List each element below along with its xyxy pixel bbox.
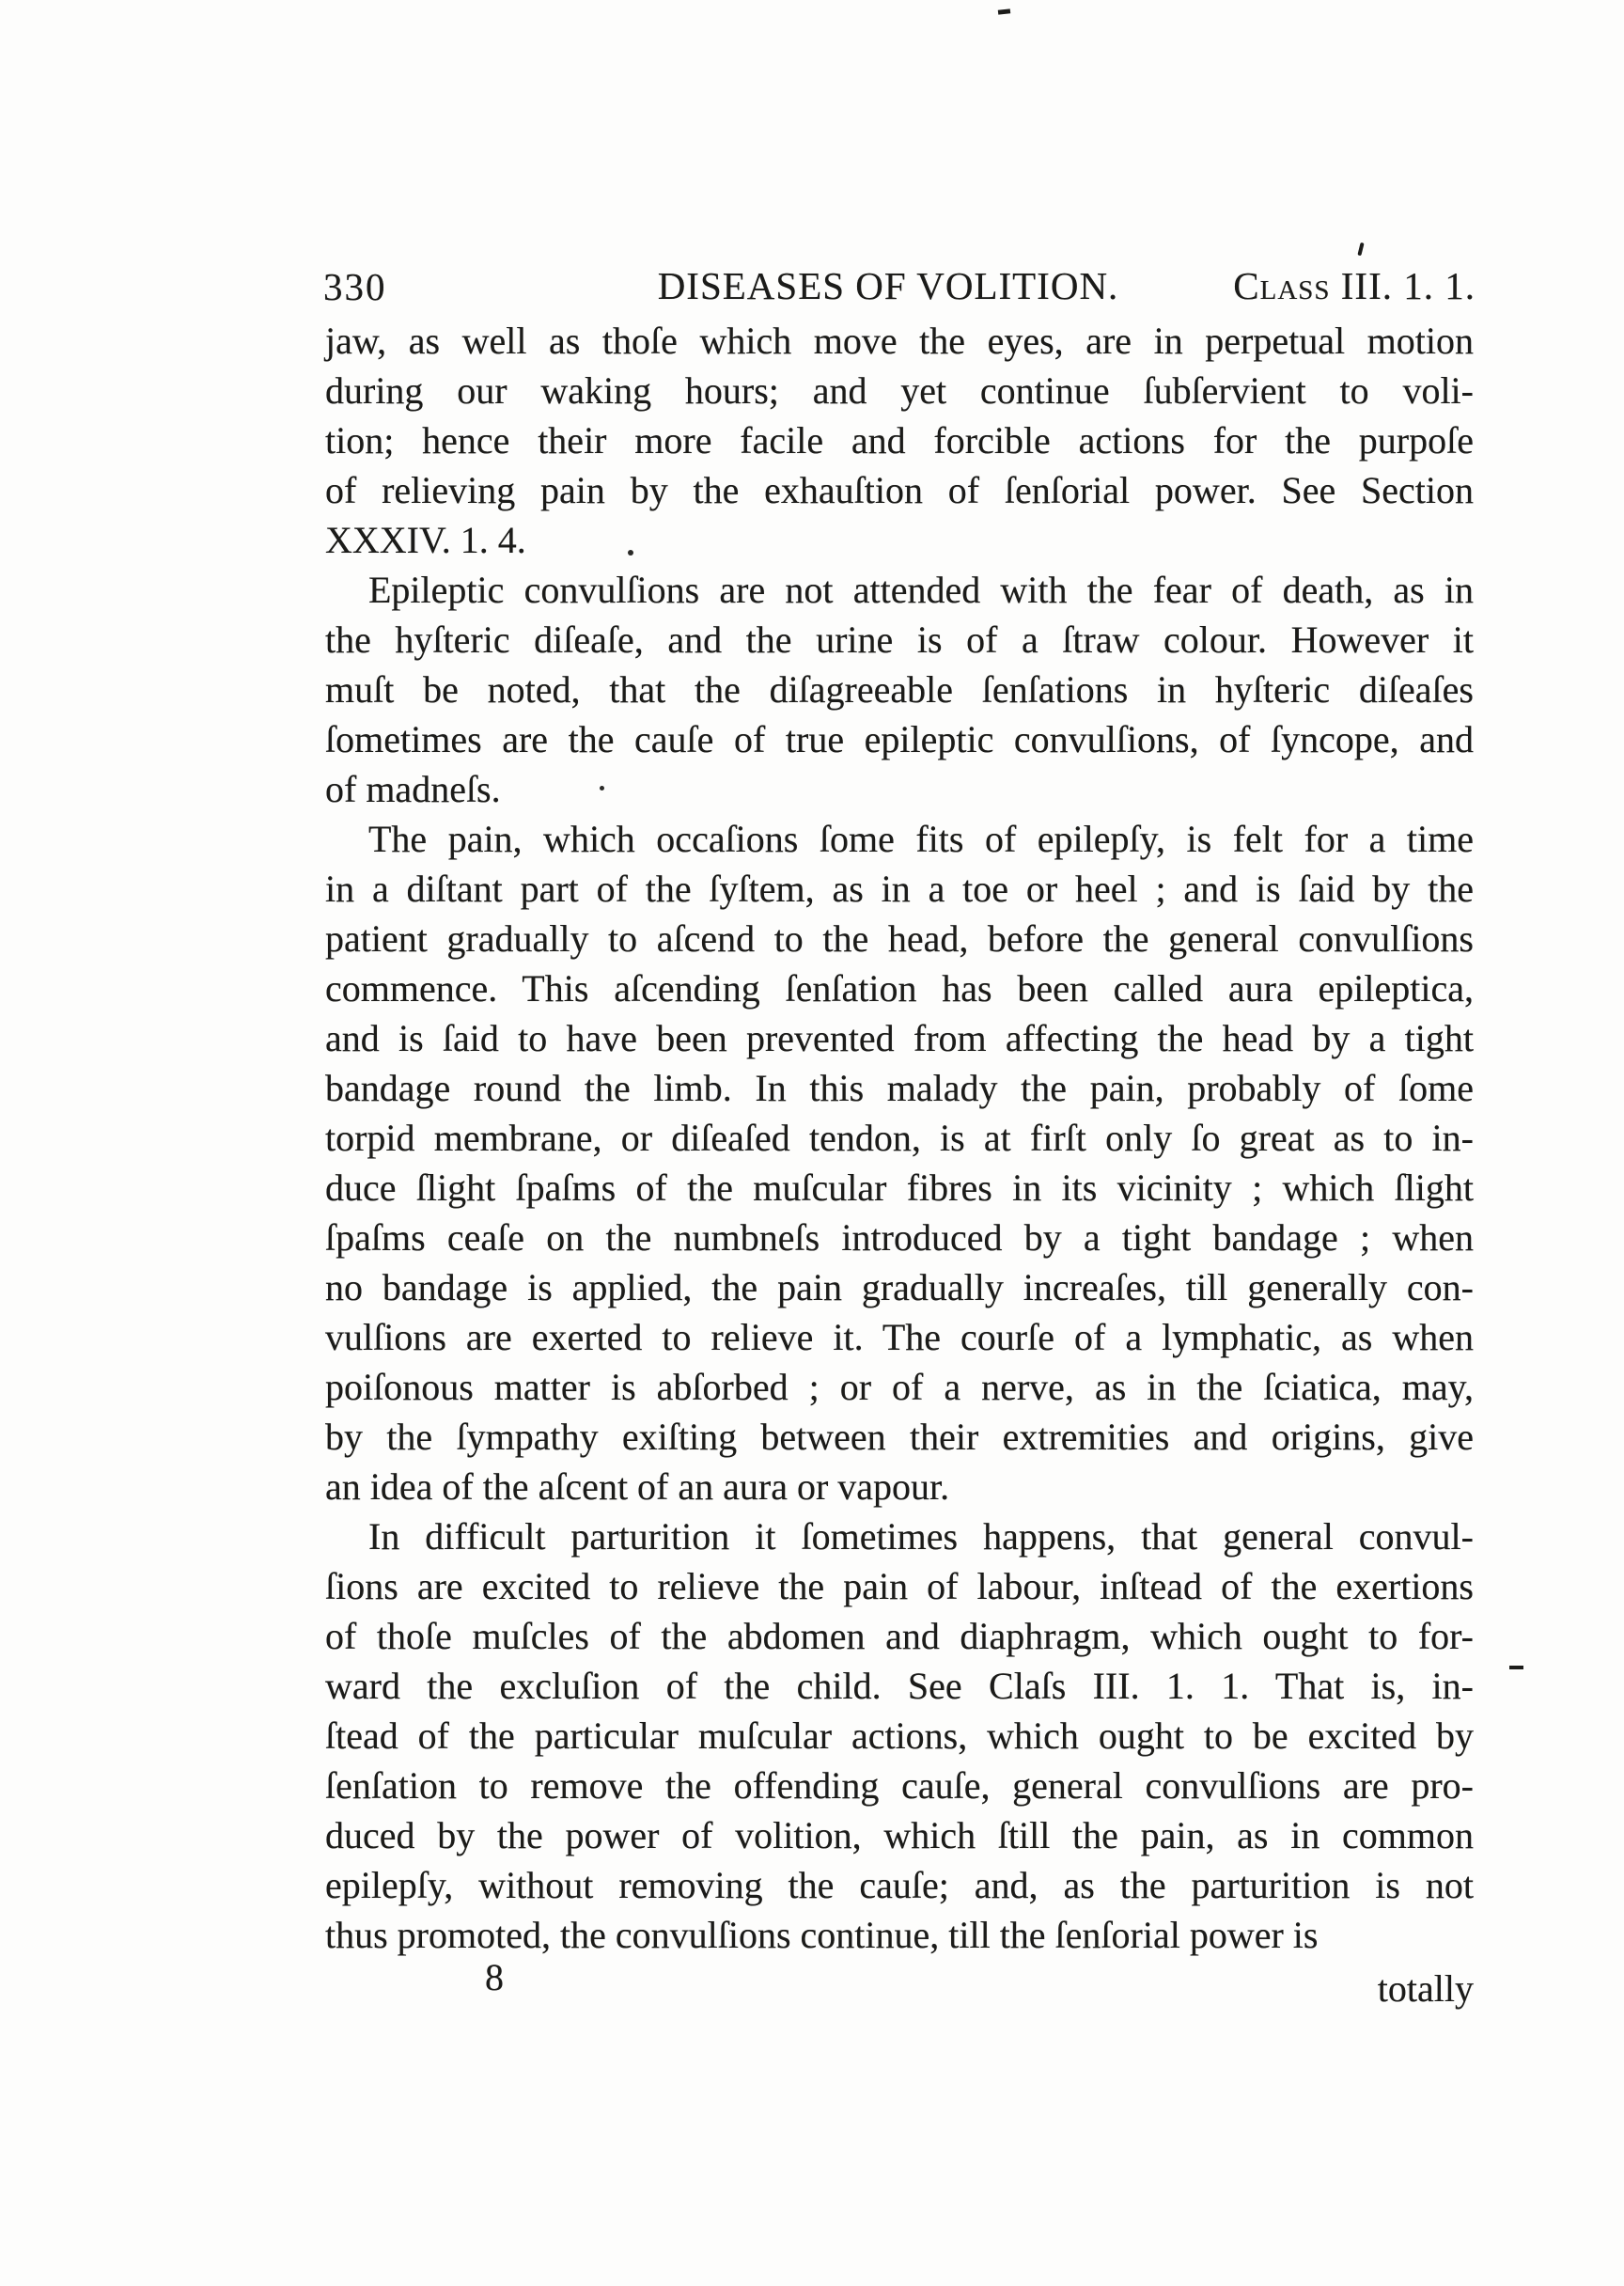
running-header-class: Class III. 1. 1. — [1233, 263, 1476, 308]
stray-ink-mark — [1509, 1666, 1523, 1669]
text-line: XXXIV. 1. 4. — [325, 515, 1474, 565]
text-line: of relieving pain by the exhauſtion of ſ… — [325, 465, 1474, 515]
text-line: ſometimes are the cauſe of true epilepti… — [325, 714, 1474, 764]
text-line: ſions are excited to relieve the pain of… — [325, 1561, 1474, 1611]
text-line: in a diſtant part of the ſyſtem, as in a… — [325, 864, 1474, 914]
stray-ink-mark — [1357, 243, 1364, 257]
text-line: during our waking hours; and yet continu… — [325, 366, 1474, 415]
signature-mark: 8 — [485, 1955, 504, 1999]
text-line: muſt be noted, that the diſagreeable ſen… — [325, 665, 1474, 714]
text-line: patient gradually to aſcend to the head,… — [325, 914, 1474, 963]
text-line: ſenſation to remove the offending cauſe,… — [325, 1761, 1474, 1810]
text-line: Epileptic convulſions are not attended w… — [325, 565, 1474, 615]
text-line: epilepſy, without removing the cauſe; an… — [325, 1860, 1474, 1910]
text-line: of thoſe muſcles of the abdomen and diap… — [325, 1611, 1474, 1661]
text-line: of madneſs. — [325, 764, 1474, 814]
stray-ink-mark — [600, 786, 604, 791]
book-page: 330 DISEASES OF VOLITION. Class III. 1. … — [0, 0, 1624, 2286]
text-line: by the ſympathy exiſting between their e… — [325, 1412, 1474, 1462]
stray-ink-mark — [628, 550, 633, 556]
text-line: jaw, as well as thoſe which move the eye… — [325, 316, 1474, 366]
text-line: and is ſaid to have been prevented from … — [325, 1013, 1474, 1063]
text-line: an idea of the aſcent of an aura or vapo… — [325, 1462, 1474, 1511]
body-text: jaw, as well as thoſe which move the eye… — [325, 316, 1474, 1960]
text-line: ward the excluſion of the child. See Cla… — [325, 1661, 1474, 1711]
text-line: duced by the power of volition, which ſt… — [325, 1810, 1474, 1860]
text-line: The pain, which occaſions ſome fits of e… — [325, 814, 1474, 864]
text-line: commence. This aſcending ſenſation has b… — [325, 963, 1474, 1013]
text-line: thus promoted, the convulſions continue,… — [325, 1910, 1474, 1960]
text-line: ſtead of the particular muſcular actions… — [325, 1711, 1474, 1761]
text-line: no bandage is applied, the pain graduall… — [325, 1262, 1474, 1312]
text-line: torpid membrane, or diſeaſed tendon, is … — [325, 1113, 1474, 1163]
text-line: the hyſteric diſeaſe, and the urine is o… — [325, 615, 1474, 665]
text-line: poiſonous matter is abſorbed ; or of a n… — [325, 1362, 1474, 1412]
stray-ink-mark — [998, 8, 1010, 14]
text-line: ſpaſms ceaſe on the numbneſs introduced … — [325, 1213, 1474, 1262]
text-line: In difficult parturition it ſometimes ha… — [325, 1511, 1474, 1561]
text-line: bandage round the limb. In this malady t… — [325, 1063, 1474, 1113]
catchword: totally — [1378, 1966, 1474, 2011]
text-line: vulſions are exerted to relieve it. The … — [325, 1312, 1474, 1362]
text-line: duce ſlight ſpaſms of the muſcular fibre… — [325, 1163, 1474, 1213]
text-line: tion; hence their more facile and forcib… — [325, 415, 1474, 465]
